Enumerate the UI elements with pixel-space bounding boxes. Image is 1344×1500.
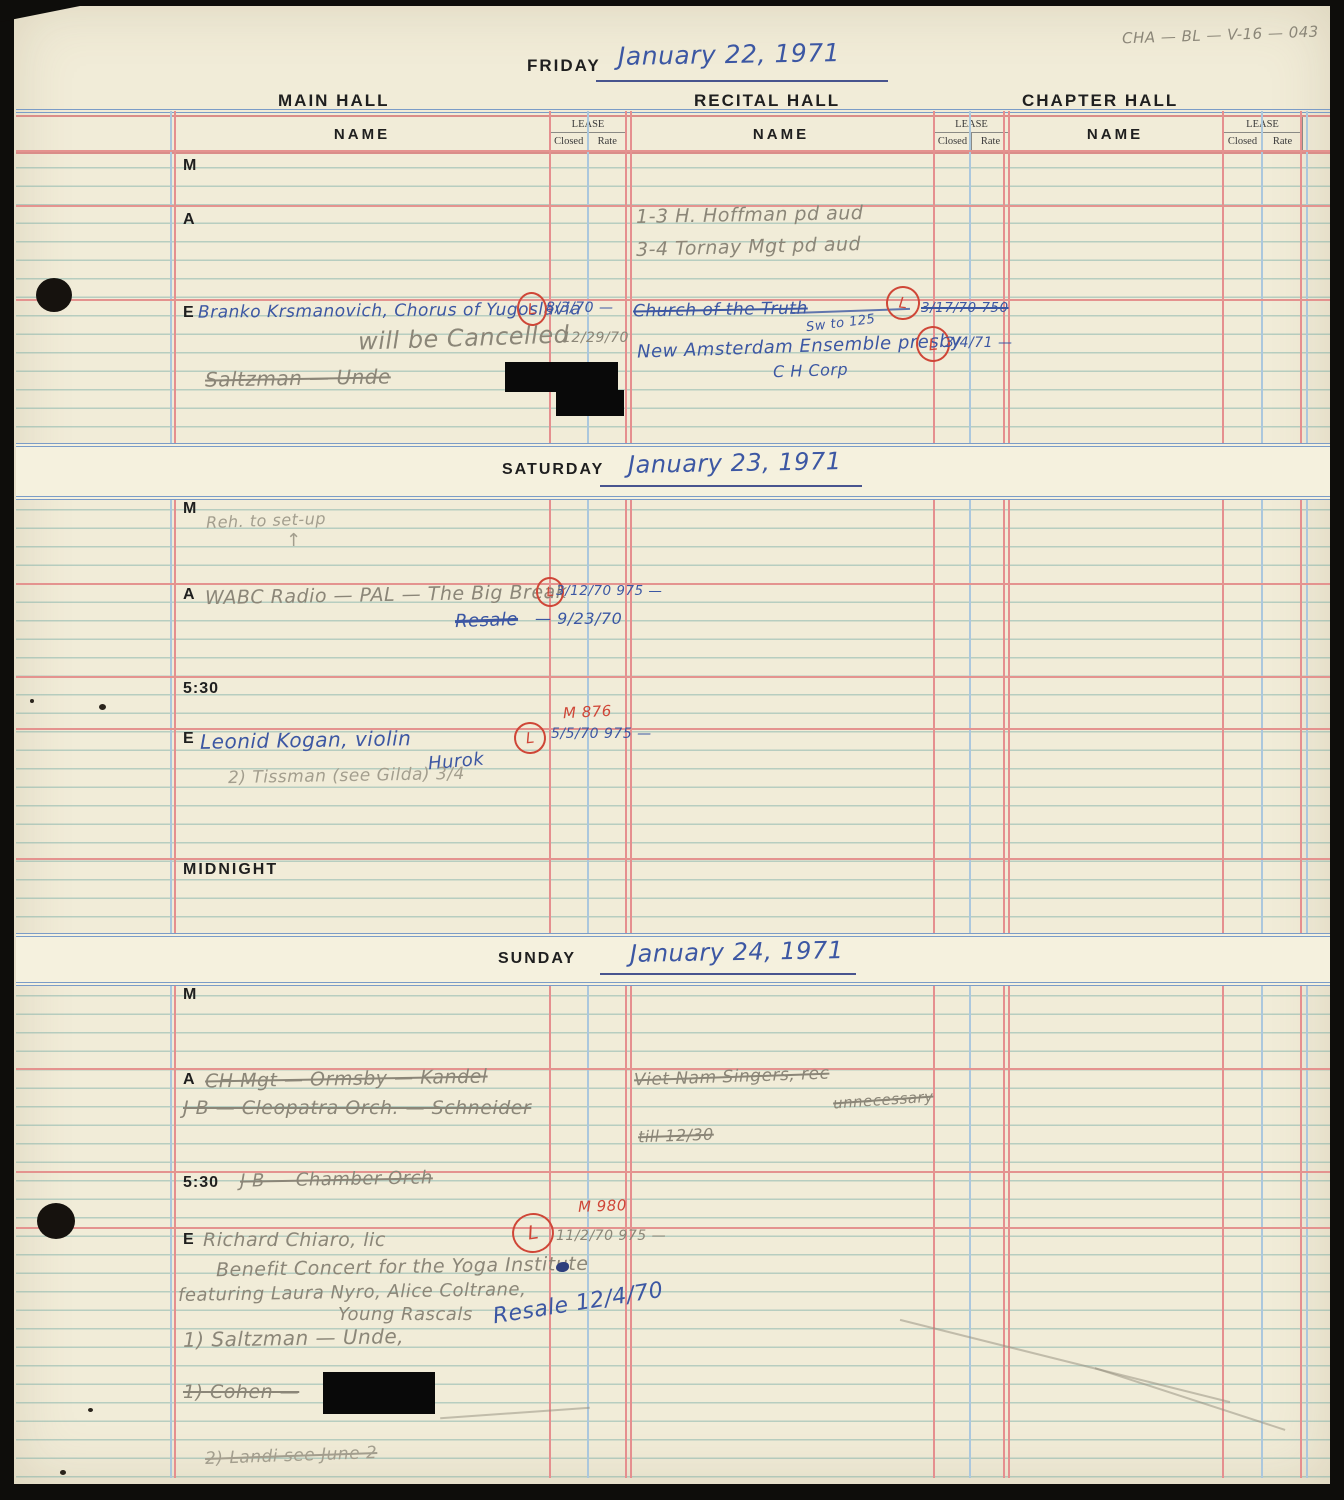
row-label: A: [183, 1071, 197, 1089]
row-label: E: [183, 1231, 196, 1249]
date-underline: [600, 973, 856, 975]
entry-recital-evening-org: C H Corp: [773, 360, 849, 382]
cancellation-date: 12/29/70: [562, 330, 629, 346]
entry-main-afternoon-date: 3/12/70 975 —: [556, 583, 662, 599]
paper-speck: [60, 1470, 66, 1475]
booking-code: M 980: [578, 1196, 627, 1216]
row-label: E: [183, 304, 196, 322]
paper-speck: [88, 1408, 93, 1412]
date-sunday: January 24, 1971: [630, 936, 844, 968]
struck-resale-note: Resale: [455, 609, 519, 632]
row-label: A: [183, 586, 197, 604]
hall-title-recital: RECITAL HALL: [694, 91, 840, 111]
column-lines-friday: [0, 111, 1344, 443]
saturday-banner: SATURDAY January 23, 1971: [16, 443, 1330, 500]
entry-note-tissman: 2) Tissman (see Gilda) 3/4: [228, 764, 465, 788]
struck-entry-church-date: 3/17/70 750: [921, 300, 1009, 316]
struck-entry-cleopatra: J B — Cleopatra Orch. — Schneider: [183, 1097, 531, 1119]
entry-recital-evening-date: 3/4/71 —: [945, 335, 1013, 351]
date-friday: January 22, 1971: [618, 38, 841, 71]
scanned-ledger-page: CHA — BL — V-16 — 043 FRIDAY January 22,…: [0, 0, 1344, 1500]
struck-entry-saltzman: Saltzman — Unde: [205, 364, 391, 391]
row-label: 5:30: [183, 1174, 219, 1192]
row-label: M: [183, 500, 198, 518]
entry-young-rascals: Young Rascals: [338, 1304, 473, 1325]
redaction-box: [505, 362, 618, 392]
entry-recital-morning-1: 1-3 H. Hoffman pd aud: [636, 202, 864, 228]
hall-title-main: MAIN HALL: [278, 91, 389, 111]
entry-main-evening-date: 8/3/70 —: [546, 300, 614, 316]
sunday-banner: SUNDAY January 24, 1971: [16, 933, 1330, 986]
hole-punch: [36, 278, 72, 312]
resale-date: — 9/23/70: [535, 609, 622, 628]
entry-main-evening-name: Leonid Kogan, violin: [200, 726, 412, 754]
up-arrow-mark: ↑: [286, 530, 302, 551]
entry-saltzman: 1) Saltzman — Unde,: [183, 1324, 404, 1352]
row-label: MIDNIGHT: [183, 861, 278, 879]
day-label-sunday: SUNDAY: [498, 950, 576, 968]
struck-note-till: till 12/30: [638, 1125, 714, 1147]
hole-punch: [37, 1203, 75, 1239]
paper-speck: [30, 699, 34, 703]
struck-entry-church: Church of the Truth: [633, 298, 808, 321]
row-label: A: [183, 211, 197, 229]
date-underline: [596, 80, 888, 82]
row-label: M: [183, 986, 198, 1004]
paper-speck: [99, 704, 106, 710]
day-label-friday: FRIDAY: [527, 56, 601, 76]
date-saturday: January 23, 1971: [628, 447, 842, 479]
date-underline: [600, 485, 862, 487]
redaction-box: [323, 1372, 435, 1414]
row-label: 5:30: [183, 680, 219, 698]
day-label-saturday: SATURDAY: [502, 461, 604, 479]
entry-main-evening-name: Richard Chiaro, lic: [203, 1229, 386, 1251]
row-label: M: [183, 157, 198, 175]
row-label: E: [183, 730, 196, 748]
entry-main-evening-date: 11/2/70 975 —: [556, 1228, 666, 1244]
struck-entry-cohen: 1) Cohen —: [183, 1381, 299, 1403]
redaction-box: [556, 390, 624, 416]
hall-title-chapter: CHAPTER HALL: [1022, 91, 1178, 111]
struck-entry-chamber-orch: J B — Chamber Orch: [240, 1167, 433, 1191]
booking-code: M 876: [563, 702, 613, 723]
entry-main-evening-date: 5/5/70 975 —: [551, 726, 652, 742]
